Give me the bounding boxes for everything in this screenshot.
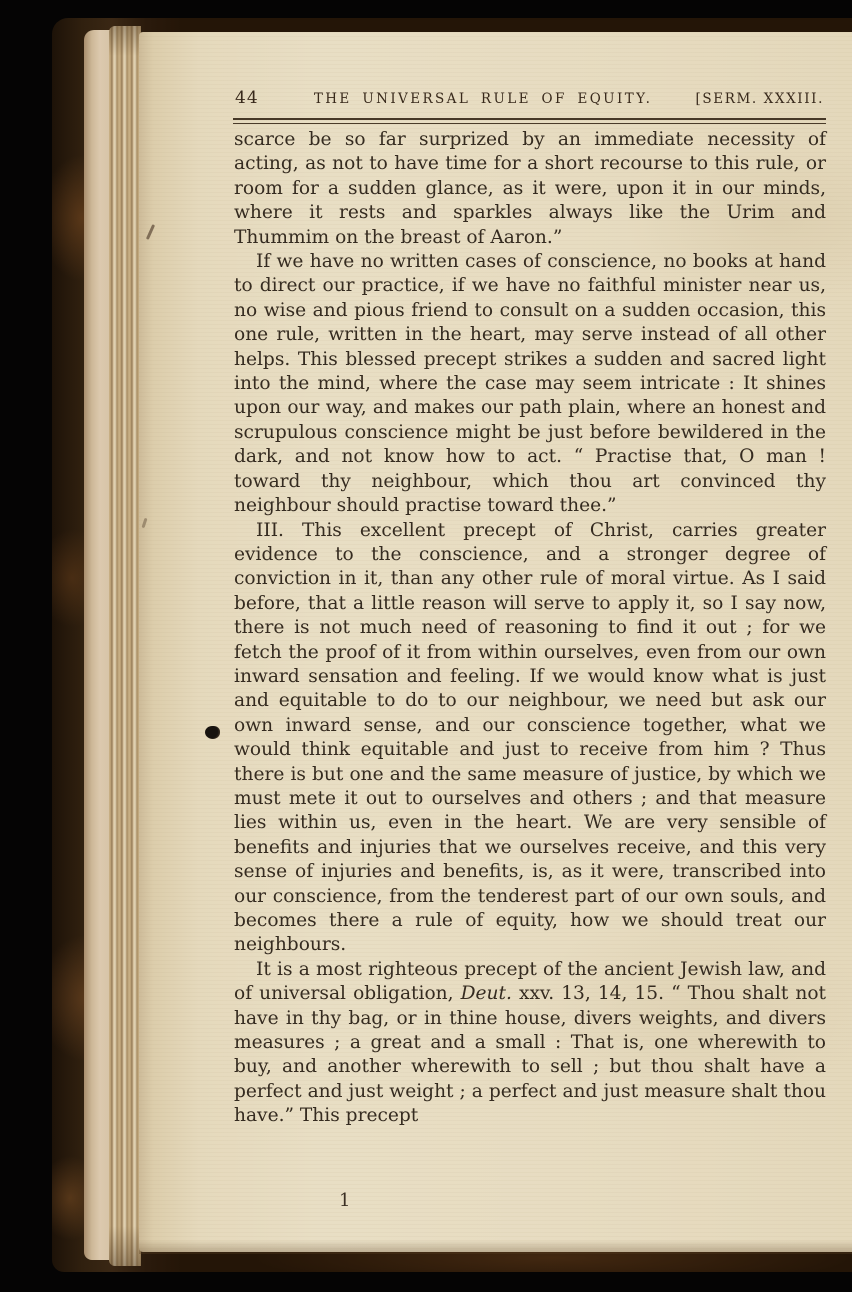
header-double-rule bbox=[233, 118, 826, 126]
page-body-text: scarce be so far surprized by an immedia… bbox=[234, 128, 826, 1129]
page-number: 44 bbox=[235, 88, 259, 108]
paragraph: scarce be so far surprized by an immedia… bbox=[234, 128, 826, 250]
scripture-reference: Deut. bbox=[461, 983, 512, 1004]
running-title: THE UNIVERSAL RULE OF EQUITY. bbox=[314, 91, 653, 107]
printer-signature-mark: 1 bbox=[339, 1190, 350, 1211]
paragraph-text: xxv. 13, 14, 15. “ Thou shalt not have i… bbox=[234, 983, 826, 1126]
paragraph: If we have no written cases of conscienc… bbox=[234, 250, 826, 518]
book-page: 44 THE UNIVERSAL RULE OF EQUITY. [SERM. … bbox=[139, 32, 852, 1252]
margin-ink-spot bbox=[205, 726, 220, 739]
page-fore-edge bbox=[109, 26, 141, 1266]
margin-speck bbox=[146, 224, 155, 240]
paragraph-text: scarce be so far surprized by an immedia… bbox=[234, 129, 826, 248]
paragraph: III. This excellent precept of Christ, c… bbox=[234, 519, 826, 958]
paragraph-text: If we have no written cases of conscienc… bbox=[234, 251, 826, 516]
margin-speck bbox=[142, 518, 148, 528]
paragraph: It is a most righteous precept of the an… bbox=[234, 958, 826, 1129]
sermon-marker: [SERM. XXXIII. bbox=[696, 91, 824, 107]
page-header: 44 THE UNIVERSAL RULE OF EQUITY. [SERM. … bbox=[235, 88, 824, 108]
paragraph-text: III. This excellent precept of Christ, c… bbox=[234, 520, 826, 956]
scan-background: 44 THE UNIVERSAL RULE OF EQUITY. [SERM. … bbox=[0, 0, 852, 1292]
